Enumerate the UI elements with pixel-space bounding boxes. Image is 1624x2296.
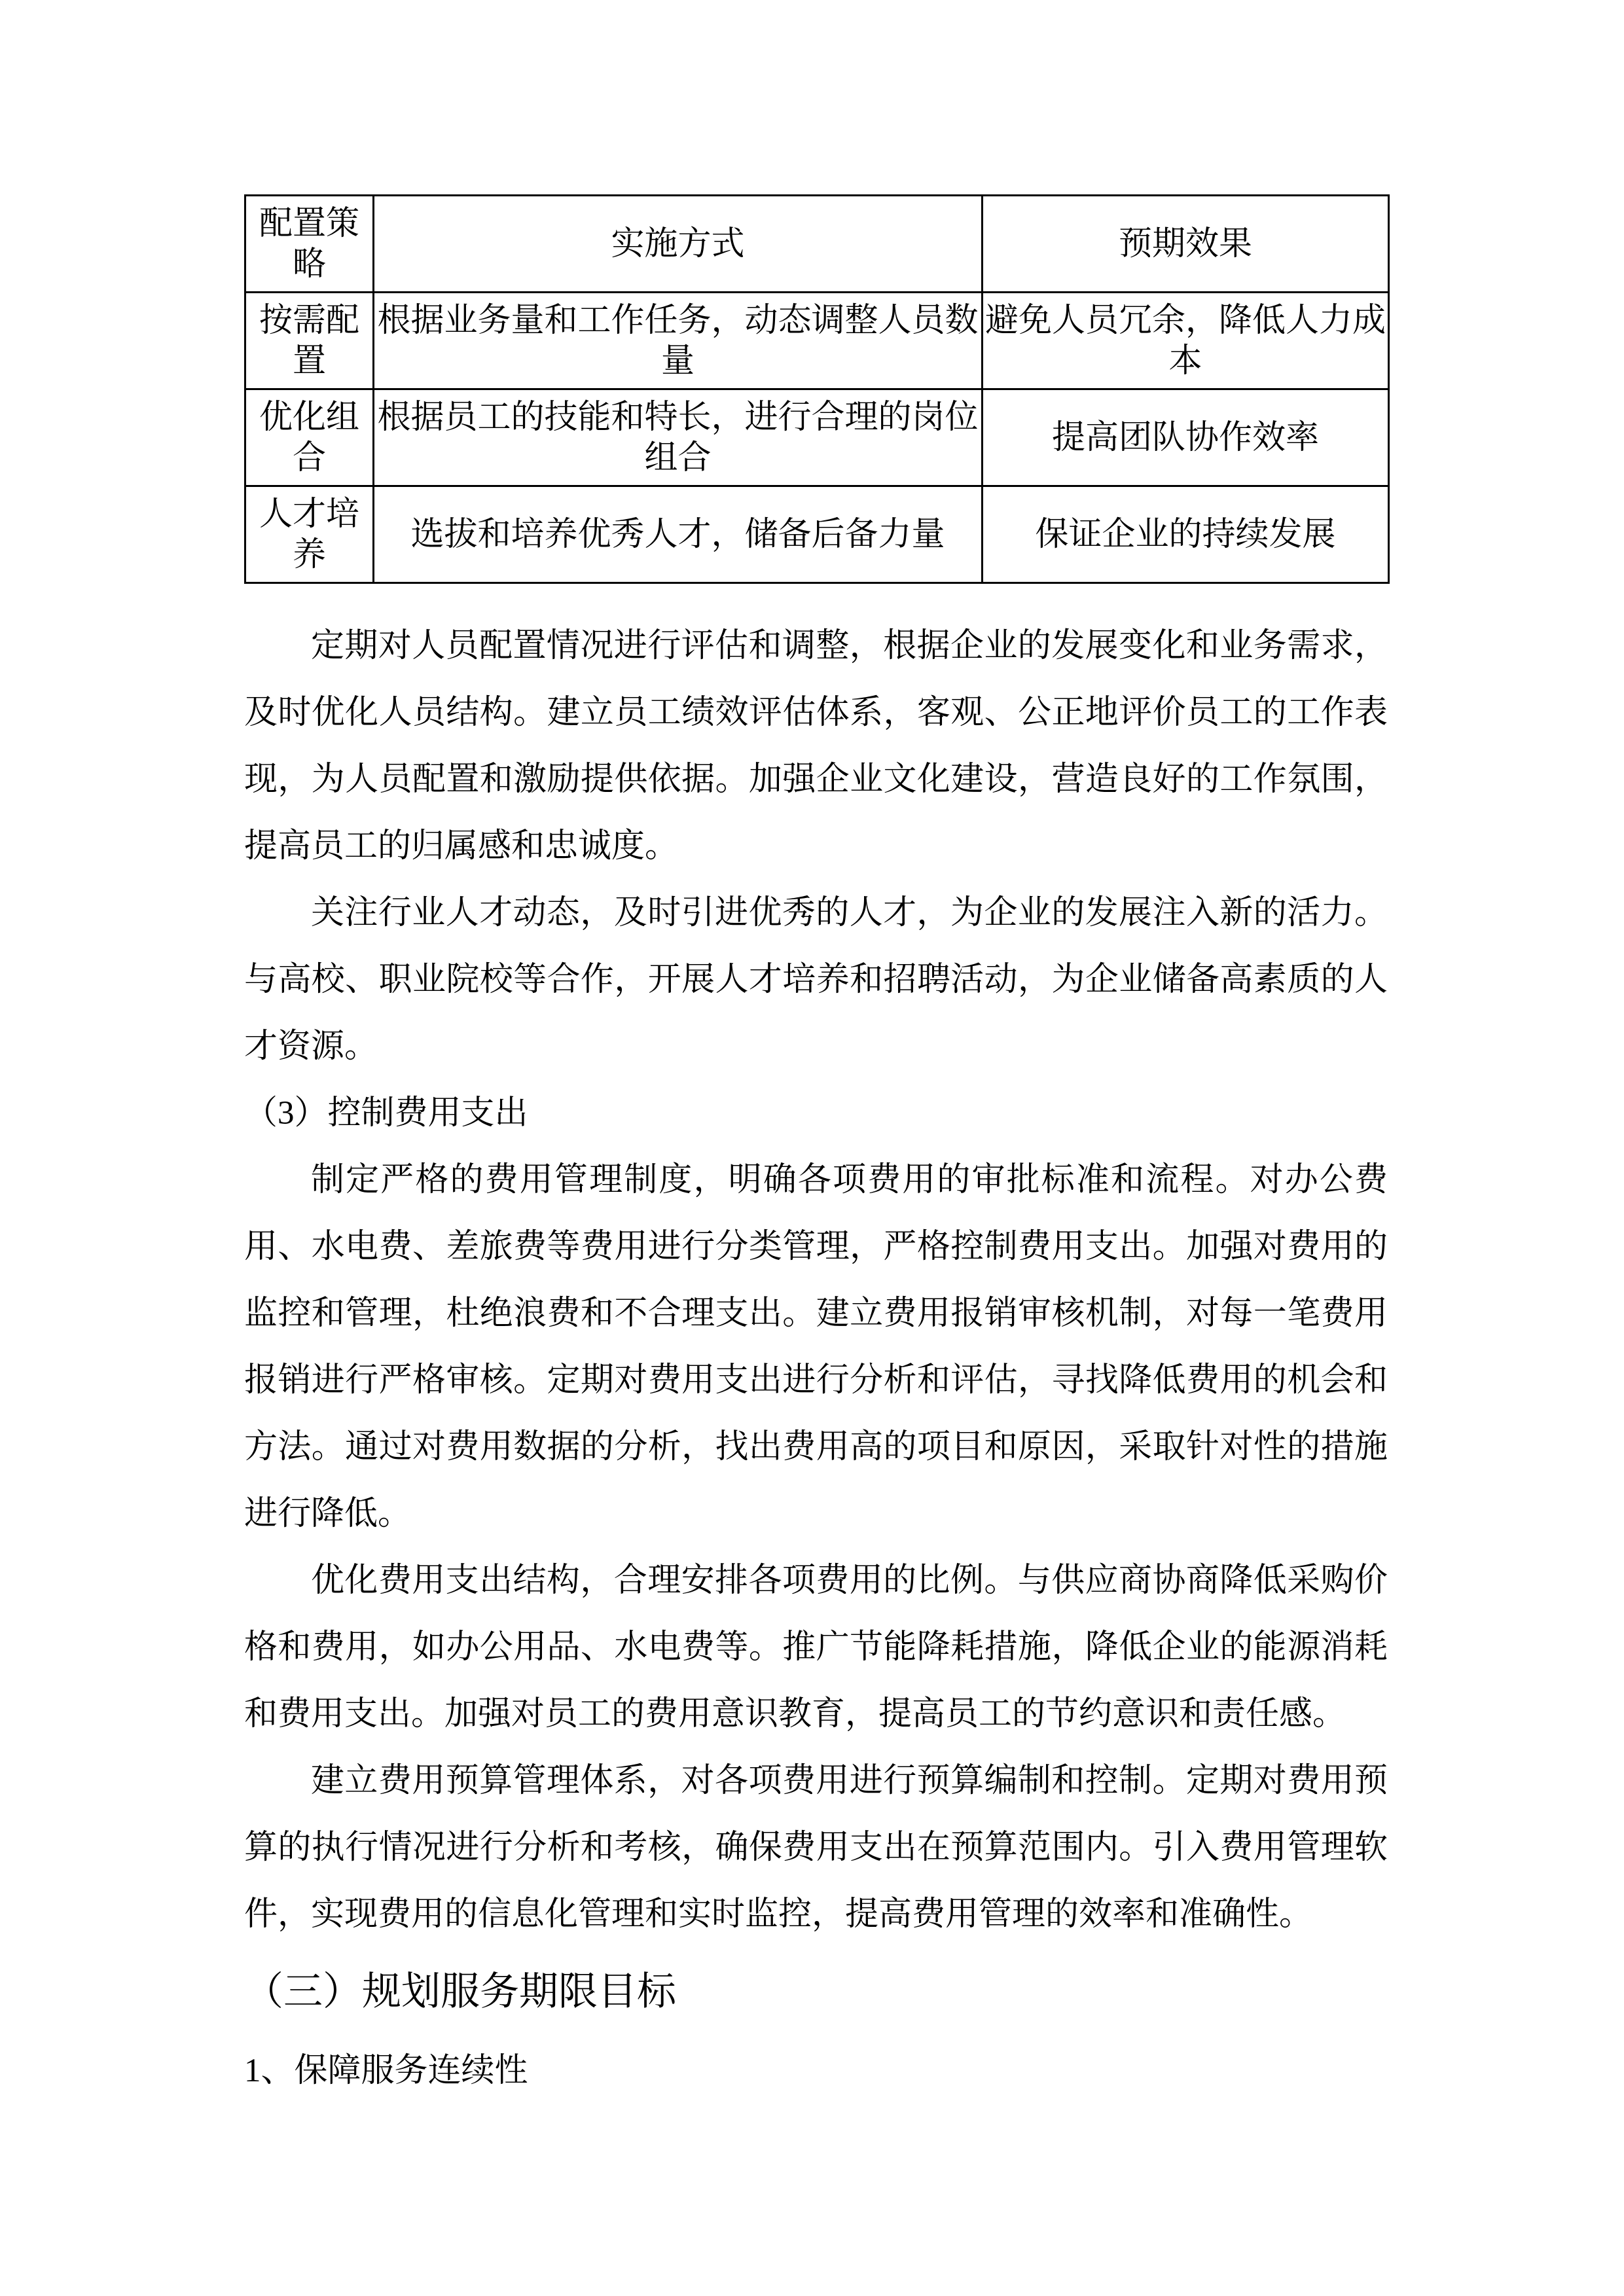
paragraph-talent-recruitment: 关注行业人才动态，及时引进优秀的人才，为企业的发展注入新的活力。与高校、职业院校…	[244, 880, 1388, 1080]
table-header-strategy: 配置策略	[245, 196, 374, 293]
table-cell-effect: 保证企业的持续发展	[983, 486, 1389, 583]
paragraph-expense-structure: 优化费用支出结构，合理安排各项费用的比例。与供应商协商降低采购价格和费用，如办公…	[244, 1547, 1388, 1748]
table-cell-strategy: 人才培养	[245, 486, 374, 583]
table-row: 按需配置 根据业务量和工作任务，动态调整人员数量 避免人员冗余，降低人力成本	[245, 293, 1389, 389]
table-row: 人才培养 选拔和培养优秀人才，储备后备力量 保证企业的持续发展	[245, 486, 1389, 583]
paragraph-staff-evaluation: 定期对人员配置情况进行评估和调整，根据企业的发展变化和业务需求，及时优化人员结构…	[244, 613, 1388, 880]
paragraph-budget-system: 建立费用预算管理体系，对各项费用进行预算编制和控制。定期对费用预算的执行情况进行…	[244, 1748, 1388, 1948]
table-header-method: 实施方式	[374, 196, 983, 293]
paragraph-expense-management: 制定严格的费用管理制度，明确各项费用的审批标准和流程。对办公费用、水电费、差旅费…	[244, 1147, 1388, 1547]
staff-allocation-strategy-table: 配置策略 实施方式 预期效果 按需配置 根据业务量和工作任务，动态调整人员数量 …	[244, 194, 1390, 584]
table-cell-effect: 提高团队协作效率	[983, 389, 1389, 486]
table-cell-method: 选拔和培养优秀人才，储备后备力量	[374, 486, 983, 583]
table-cell-effect: 避免人员冗余，降低人力成本	[983, 293, 1389, 389]
document-page: 配置策略 实施方式 预期效果 按需配置 根据业务量和工作任务，动态调整人员数量 …	[0, 0, 1624, 2296]
table-header-effect: 预期效果	[983, 196, 1389, 293]
heading-service-continuity: 1、保障服务连续性	[244, 2037, 1388, 2104]
table-row: 优化组合 根据员工的技能和特长，进行合理的岗位组合 提高团队协作效率	[245, 389, 1389, 486]
table-cell-strategy: 按需配置	[245, 293, 374, 389]
table-cell-method: 根据员工的技能和特长，进行合理的岗位组合	[374, 389, 983, 486]
page-content: 配置策略 实施方式 预期效果 按需配置 根据业务量和工作任务，动态调整人员数量 …	[244, 194, 1388, 2104]
table-header-row: 配置策略 实施方式 预期效果	[245, 196, 1389, 293]
heading-service-period-goal: （三）规划服务期限目标	[244, 1960, 1388, 2024]
heading-expense-control: （3）控制费用支出	[244, 1080, 1388, 1147]
table-cell-method: 根据业务量和工作任务，动态调整人员数量	[374, 293, 983, 389]
table-cell-strategy: 优化组合	[245, 389, 374, 486]
